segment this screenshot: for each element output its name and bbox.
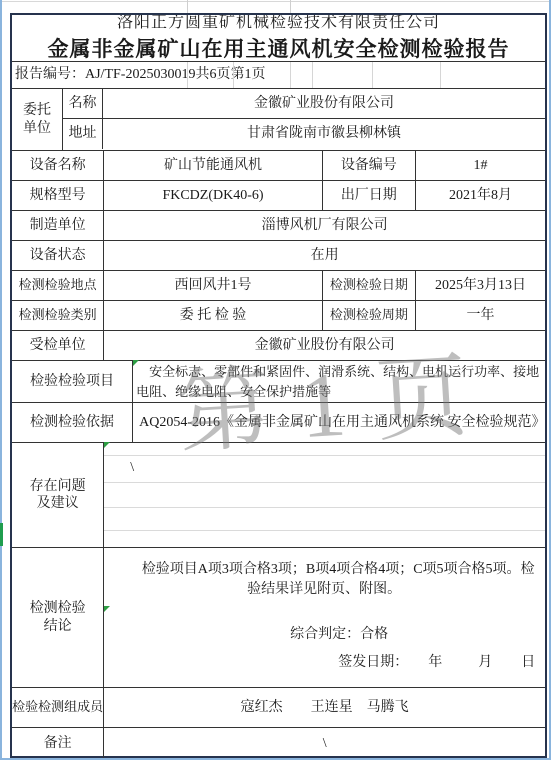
row-model: 规格型号 FKCDZ(DK40-6) 出厂日期 2021年8月 [12,181,545,211]
inspection-date-label-cell[interactable]: 检测检验日期 [323,271,416,300]
row-problems: 存在问题 及建议 \ [12,443,545,548]
conclusion-value-cell[interactable]: 检验项目A项3项合格3项；B项4项合格4项；C项5项合格5项。检验结果详见附页、… [104,548,545,687]
row-header: 洛阳正方圆重矿机械检验技术有限责任公司 金属非金属矿山在用主通风机安全检测检验报… [12,15,545,62]
team-label: 检验检测组成员 [12,699,103,715]
device-name-label-cell[interactable]: 设备名称 [12,151,104,180]
sign-date-day: 日 [521,654,535,672]
device-no-value-cell[interactable]: 1# [416,151,545,180]
inspection-date-value-cell[interactable]: 2025年3月13日 [416,271,545,300]
category-value: 委 托 检 验 [180,307,247,325]
device-name-label: 设备名称 [30,157,86,175]
location-label: 检测检验地点 [19,277,97,293]
row-device-name: 设备名称 矿山节能通风机 设备编号 1# [12,151,545,181]
location-value: 西回风井1号 [174,277,251,295]
status-value-cell[interactable]: 在用 [104,241,545,270]
gridline [104,507,545,508]
inspection-date-value: 2025年3月13日 [435,277,526,295]
spreadsheet-canvas: 第1页 洛阳正方圆重矿机械检验技术有限责任公司 金属非金属矿山在用主通风机安全检… [0,0,551,760]
client-name-value: 金徽矿业股份有限公司 [254,95,394,113]
cell-error-triangle-problems [104,442,110,448]
device-name-value: 矿山节能通风机 [164,157,262,175]
client-address-label-cell[interactable]: 地址 [63,119,103,149]
report-title: 金属非金属矿山在用主通风机安全检测检验报告 [48,36,510,61]
status-label-cell[interactable]: 设备状态 [12,241,104,270]
status-value: 在用 [311,247,339,265]
page-break-left-edge [0,0,2,760]
location-label-cell[interactable]: 检测检验地点 [12,271,104,300]
sign-date-row: 签发日期： 年 月 日 [104,654,545,674]
manufacturer-label-cell[interactable]: 制造单位 [12,211,104,240]
factory-date-label: 出厂日期 [341,187,397,205]
gridline [233,62,234,88]
problems-value-cell[interactable]: \ [104,443,545,547]
device-name-value-cell[interactable]: 矿山节能通风机 [104,151,322,180]
row-team: 检验检测组成员 寇红杰 王连星 马腾飞 [12,688,545,728]
row-inspected-unit: 受检单位 金徽矿业股份有限公司 [12,331,545,361]
gridline [104,455,545,456]
cell-error-triangle-verdict [104,606,110,612]
client-address-label: 地址 [69,125,97,143]
row-client: 委托 单位 名称 金徽矿业股份有限公司 地址 甘肃省 [12,89,545,151]
inspection-date-label: 检测检验日期 [330,277,408,293]
gridline [440,62,441,88]
device-no-label: 设备编号 [341,157,397,175]
top-gridline-v1 [187,0,188,13]
row-remark: 备注 \ [12,728,545,759]
team-value-cell[interactable]: 寇红杰 王连星 马腾飞 [104,688,545,727]
cycle-value-cell[interactable]: 一年 [416,301,545,330]
problems-value: \ [130,459,134,477]
row-items: 检验检验项目 安全标志、零部件和紧固件、润滑系统、结构、电机运行功率、接地电阻、… [12,361,545,403]
category-value-cell[interactable]: 委 托 检 验 [104,301,322,330]
basis-value-cell[interactable]: AQ2054-2016《金属非金属矿山在用主通风机系统 安全检验规范》 [133,403,545,442]
team-value: 寇红杰 王连星 马腾飞 [241,699,409,717]
sign-date-year: 年 [428,654,442,672]
conclusion-summary: 检验项目A项3项合格3项；B项4项合格4项；C项5项合格5项。检验结果详见附页、… [107,560,541,600]
client-address-value: 甘肃省陇南市徽县柳林镇 [247,125,401,143]
row-report-no: 报告编号：AJ/TF-2025030019 共6页第1页 [12,62,545,89]
cycle-value: 一年 [466,307,494,325]
gridline [372,62,373,88]
cell-error-triangle-items [133,360,139,366]
client-name-label: 名称 [69,95,97,113]
manufacturer-value-cell[interactable]: 淄博风机厂有限公司 [104,211,545,240]
gridline [312,62,313,88]
gridline [104,482,545,483]
basis-label-cell[interactable]: 检测检验依据 [12,403,133,442]
remark-value: \ [323,735,327,753]
row-category: 检测检验类别 委 托 检 验 检测检验周期 一年 [12,301,545,331]
items-value: 安全标志、零部件和紧固件、润滑系统、结构、电机运行功率、接地电阻、绝缘电阻、安全… [133,362,545,402]
basis-label: 检测检验依据 [30,414,114,432]
factory-date-value-cell[interactable]: 2021年8月 [416,181,545,210]
inspected-unit-label: 受检单位 [30,337,86,355]
row-status: 设备状态 在用 [12,241,545,271]
row-manufacturer: 制造单位 淄博风机厂有限公司 [12,211,545,241]
cycle-label-cell[interactable]: 检测检验周期 [323,301,416,330]
fill-handle-bar [0,523,3,546]
report-no-cell[interactable]: 报告编号：AJ/TF-2025030019 共6页第1页 [12,62,545,88]
gridline [104,530,545,531]
inspected-unit-value: 金徽矿业股份有限公司 [255,337,395,355]
conclusion-verdict: 综合判定：合格 [137,626,541,644]
report-table: 洛阳正方圆重矿机械检验技术有限责任公司 金属非金属矿山在用主通风机安全检测检验报… [10,13,547,758]
sign-date-label: 签发日期： [338,654,408,672]
team-label-cell[interactable]: 检验检测组成员 [12,688,104,727]
manufacturer-value: 淄博风机厂有限公司 [262,217,388,235]
category-label: 检测检验类别 [19,307,97,323]
client-label-2: 单位 [23,120,51,138]
row-conclusion: 检测检验 结论 检验项目A项3项合格3项；B项4项合格4项；C项5项合格5项。检… [12,548,545,688]
device-no-label-cell[interactable]: 设备编号 [323,151,416,180]
model-label-cell[interactable]: 规格型号 [12,181,104,210]
remark-label-cell[interactable]: 备注 [12,728,104,759]
gridline [290,62,291,88]
report-no-value: 报告编号：AJ/TF-2025030019 [15,66,195,84]
cycle-label: 检测检验周期 [330,307,408,323]
conclusion-label-cell[interactable]: 检测检验 结论 [12,548,104,687]
factory-date-value: 2021年8月 [449,187,512,205]
items-label: 检验检验项目 [30,373,114,391]
inspected-unit-value-cell[interactable]: 金徽矿业股份有限公司 [104,331,545,360]
location-value-cell[interactable]: 西回风井1号 [104,271,322,300]
items-label-cell[interactable]: 检验检验项目 [12,361,133,402]
sign-date-month: 月 [478,654,492,672]
remark-label: 备注 [44,735,72,753]
factory-date-label-cell[interactable]: 出厂日期 [323,181,416,210]
client-name-value-cell[interactable]: 金徽矿业股份有限公司 [103,89,545,118]
inspected-unit-label-cell[interactable]: 受检单位 [12,331,104,360]
page-count: 共6页第1页 [195,66,265,84]
items-value-cell[interactable]: 安全标志、零部件和紧固件、润滑系统、结构、电机运行功率、接地电阻、绝缘电阻、安全… [133,361,545,402]
top-gridline-v2 [290,0,291,13]
model-label: 规格型号 [30,187,86,205]
remark-value-cell[interactable]: \ [104,728,545,759]
device-no-value: 1# [473,157,487,175]
problems-label-2: 及建议 [37,495,79,513]
category-label-cell[interactable]: 检测检验类别 [12,301,104,330]
problems-label-cell[interactable]: 存在问题 及建议 [12,443,104,547]
header-cell: 洛阳正方圆重矿机械检验技术有限责任公司 金属非金属矿山在用主通风机安全检测检验报… [12,15,545,61]
model-value-cell[interactable]: FKCDZ(DK40-6) [104,181,322,210]
client-label-cell[interactable]: 委托 单位 [12,89,63,150]
status-label: 设备状态 [30,247,86,265]
problems-label-1: 存在问题 [30,478,86,496]
manufacturer-label: 制造单位 [30,217,86,235]
gridline [187,62,188,88]
client-name-label-cell[interactable]: 名称 [63,89,103,118]
top-gridline [0,1,551,2]
row-location: 检测检验地点 西回风井1号 检测检验日期 2025年3月13日 [12,271,545,301]
conclusion-label-1: 检测检验 [30,600,86,618]
basis-value: AQ2054-2016《金属非金属矿山在用主通风机系统 安全检验规范》 [139,414,545,432]
row-basis: 检测检验依据 AQ2054-2016《金属非金属矿山在用主通风机系统 安全检验规… [12,403,545,443]
model-value: FKCDZ(DK40-6) [162,187,263,205]
conclusion-label-2: 结论 [44,618,72,636]
client-label-1: 委托 [23,102,51,120]
company-name: 洛阳正方圆重矿机械检验技术有限责任公司 [117,15,440,33]
client-address-value-cell[interactable]: 甘肃省陇南市徽县柳林镇 [103,119,545,149]
